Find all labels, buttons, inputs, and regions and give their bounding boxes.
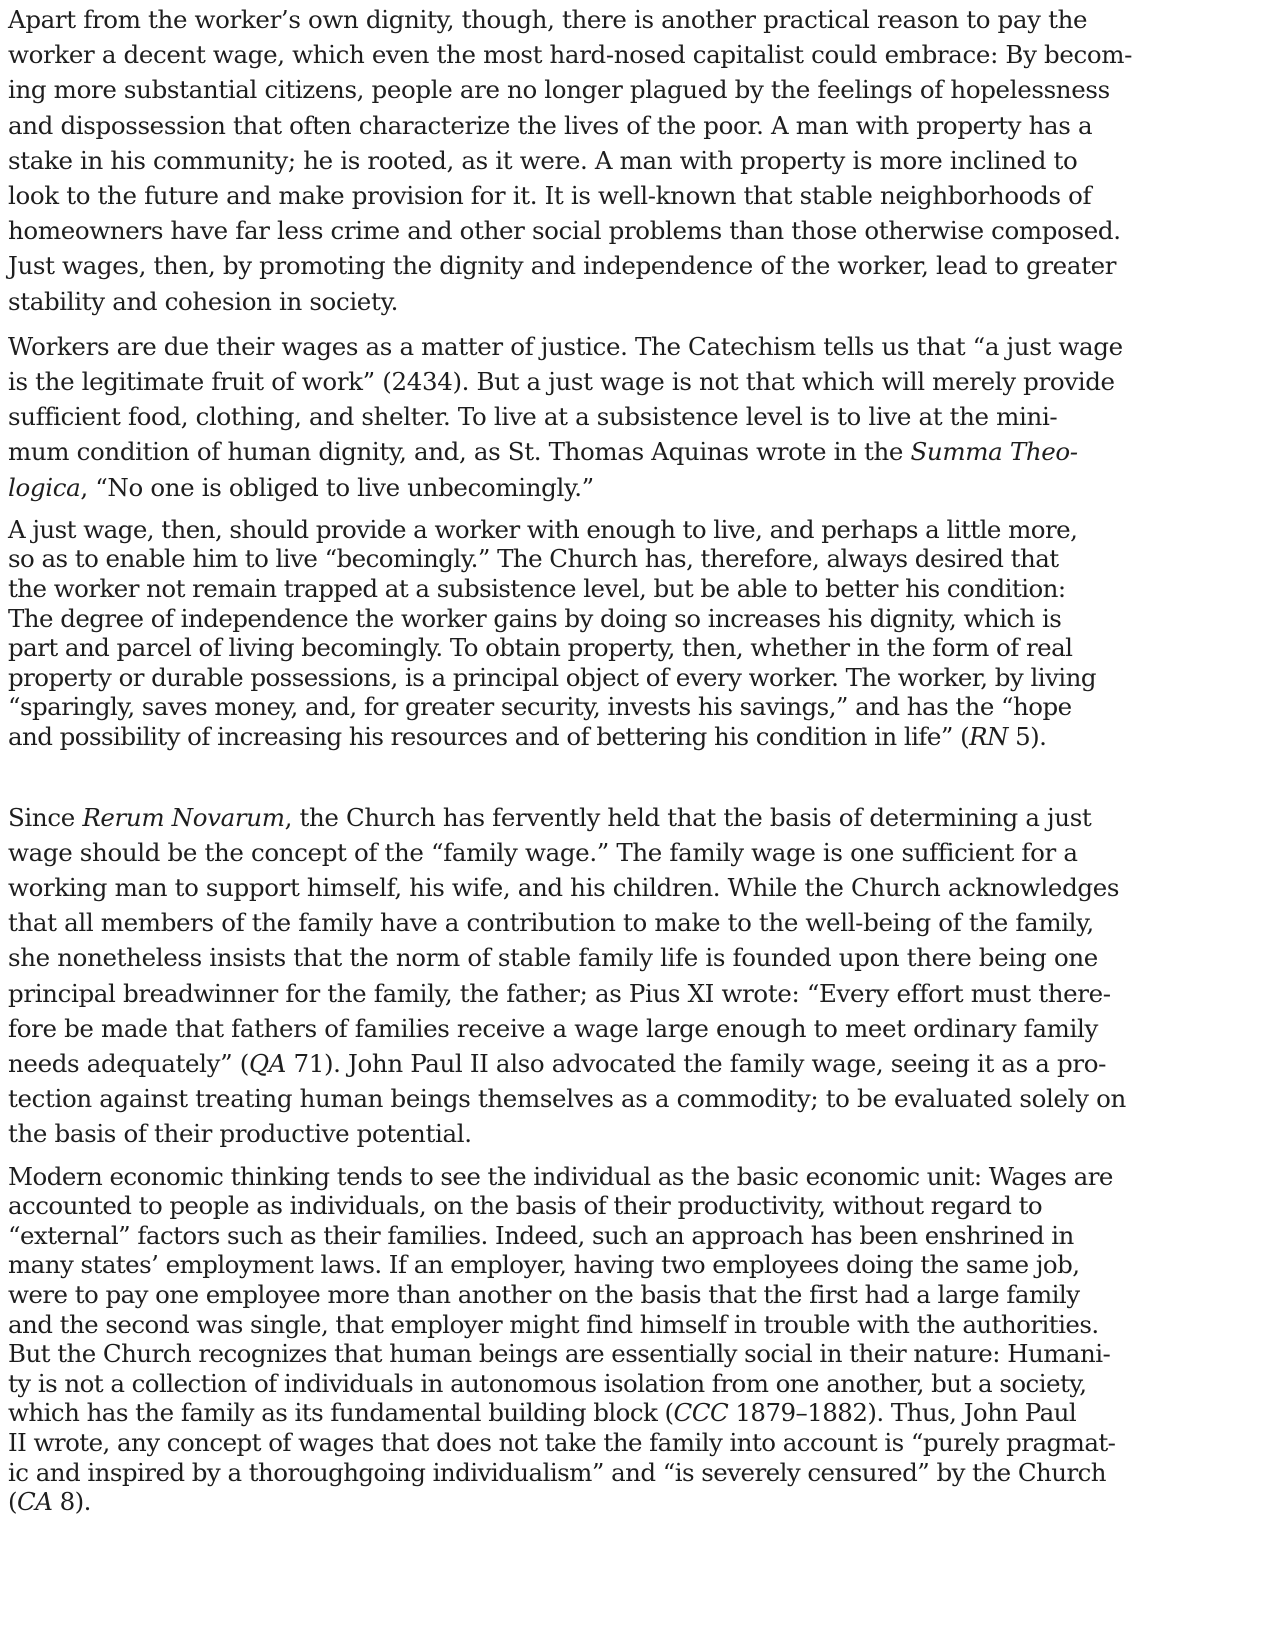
text-line: Apart from the worker’s own dignity, tho…	[8, 2, 1248, 37]
text-run: is the legitimate fruit of work” (2434).…	[8, 367, 1115, 396]
text-line: A just wage, then, should provide a work…	[8, 515, 1248, 545]
text-line: stake in his community; he is rooted, as…	[8, 143, 1248, 178]
text-run: Modern economic thinking tends to see th…	[8, 1162, 1113, 1191]
text-line: logica, “No one is obliged to live unbec…	[8, 470, 1248, 505]
text-line: so as to enable him to live “becomingly.…	[8, 544, 1248, 574]
text-line: the worker not remain trapped at a subsi…	[8, 574, 1248, 604]
text-run: 5).	[1008, 722, 1047, 751]
text-run: Since	[8, 803, 82, 832]
text-run: so as to enable him to live “becomingly.…	[8, 544, 1059, 573]
text-line: Since Rerum Novarum, the Church has ferv…	[8, 800, 1248, 835]
text-line: tection against treating human beings th…	[8, 1081, 1248, 1116]
text-run: principal breadwinner for the family, th…	[8, 979, 1111, 1008]
italic-citation: CA	[17, 1487, 52, 1516]
text-line: Workers are due their wages as a matter …	[8, 329, 1248, 364]
text-run: 1879–1882). Thus, John Paul	[728, 1398, 1076, 1427]
text-run: (	[8, 1487, 17, 1516]
text-line: and the second was single, that employer…	[8, 1310, 1248, 1340]
text-line: “sparingly, saves money, and, for greate…	[8, 692, 1248, 722]
paragraph-living-becomingly: A just wage, then, should provide a work…	[8, 515, 1248, 752]
text-run: A just wage, then, should provide a work…	[8, 515, 1077, 544]
text-run: “external” factors such as their familie…	[8, 1221, 1074, 1250]
text-run: she nonetheless insists that the norm of…	[8, 943, 1098, 972]
text-line: and possibility of increasing his resour…	[8, 722, 1248, 752]
text-run: But the Church recognizes that human bei…	[8, 1339, 1110, 1368]
text-run: and the second was single, that employer…	[8, 1310, 1099, 1339]
text-line: working man to support himself, his wife…	[8, 870, 1248, 905]
text-run: look to the future and make provision fo…	[8, 181, 1091, 210]
text-line: sufficient food, clothing, and shelter. …	[8, 399, 1248, 434]
text-line: “external” factors such as their familie…	[8, 1221, 1248, 1251]
text-run: The degree of independence the worker ga…	[8, 604, 1061, 633]
text-run: “sparingly, saves money, and, for greate…	[8, 692, 1072, 721]
text-line: fore be made that fathers of families re…	[8, 1011, 1248, 1046]
text-run: fore be made that fathers of families re…	[8, 1014, 1098, 1043]
text-line: the basis of their productive potential.	[8, 1116, 1248, 1151]
text-run: , “No one is obliged to live unbecomingl…	[80, 473, 593, 502]
text-run: Apart from the worker’s own dignity, tho…	[8, 5, 1087, 34]
text-line: II wrote, any concept of wages that does…	[8, 1428, 1248, 1458]
paragraph-property-and-dignity: Apart from the worker’s own dignity, tho…	[8, 2, 1248, 319]
text-run: Just wages, then, by promoting the digni…	[8, 251, 1116, 280]
text-line: But the Church recognizes that human bei…	[8, 1339, 1248, 1369]
text-run: wage should be the concept of the “famil…	[8, 838, 1078, 867]
text-run: worker a decent wage, which even the mos…	[8, 40, 1132, 69]
text-line: mum condition of human dignity, and, as …	[8, 434, 1248, 469]
text-run: 8).	[52, 1487, 91, 1516]
text-run: needs adequately” (	[8, 1049, 249, 1078]
text-line: principal breadwinner for the family, th…	[8, 976, 1248, 1011]
text-line: needs adequately” (QA 71). John Paul II …	[8, 1046, 1248, 1081]
text-run: stability and cohesion in society.	[8, 287, 398, 316]
text-run: and dispossession that often characteriz…	[8, 111, 1092, 140]
text-run: the worker not remain trapped at a subsi…	[8, 574, 1066, 603]
text-run: tection against treating human beings th…	[8, 1084, 1126, 1113]
text-run: property or durable possessions, is a pr…	[8, 663, 1096, 692]
text-run: many states’ employment laws. If an empl…	[8, 1250, 1079, 1279]
text-line: and dispossession that often characteriz…	[8, 108, 1248, 143]
text-line: she nonetheless insists that the norm of…	[8, 940, 1248, 975]
text-run: which has the family as its fundamental …	[8, 1398, 674, 1427]
text-run: ty is not a collection of individuals in…	[8, 1369, 1087, 1398]
text-line: is the legitimate fruit of work” (2434).…	[8, 364, 1248, 399]
text-line: ic and inspired by a thoroughgoing indiv…	[8, 1458, 1248, 1488]
text-run: the basis of their productive potential.	[8, 1119, 472, 1148]
italic-citation: RN	[969, 722, 1008, 751]
text-line: (CA 8).	[8, 1487, 1248, 1517]
text-line: ing more substantial citizens, people ar…	[8, 72, 1248, 107]
text-line: ty is not a collection of individuals in…	[8, 1369, 1248, 1399]
text-run: mum condition of human dignity, and, as …	[8, 437, 911, 466]
italic-citation: CCC	[674, 1398, 729, 1427]
text-run: working man to support himself, his wife…	[8, 873, 1119, 902]
text-run: sufficient food, clothing, and shelter. …	[8, 402, 1057, 431]
italic-citation: Summa Theo-	[911, 437, 1078, 466]
text-run: and possibility of increasing his resour…	[8, 722, 969, 751]
text-line: many states’ employment laws. If an empl…	[8, 1250, 1248, 1280]
text-line: accounted to people as individuals, on t…	[8, 1191, 1248, 1221]
paragraph-just-wage-justice: Workers are due their wages as a matter …	[8, 329, 1248, 505]
document-page: Apart from the worker’s own dignity, tho…	[8, 2, 1248, 1517]
text-run: Workers are due their wages as a matter …	[8, 332, 1123, 361]
text-run: part and parcel of living becomingly. To…	[8, 633, 1072, 662]
text-line: Just wages, then, by promoting the digni…	[8, 248, 1248, 283]
text-run: homeowners have far less crime and other…	[8, 216, 1121, 245]
text-line: worker a decent wage, which even the mos…	[8, 37, 1248, 72]
text-run: ing more substantial citizens, people ar…	[8, 75, 1110, 104]
text-run: II wrote, any concept of wages that does…	[8, 1428, 1115, 1457]
text-run: accounted to people as individuals, on t…	[8, 1191, 1042, 1220]
text-run: were to pay one employee more than anoth…	[8, 1280, 1079, 1309]
paragraph-family-wage: Since Rerum Novarum, the Church has ferv…	[8, 800, 1248, 1152]
text-run: 71). John Paul II also advocated the fam…	[286, 1049, 1106, 1078]
text-run: , the Church has fervently held that the…	[285, 803, 1092, 832]
paragraph-individualism-critique: Modern economic thinking tends to see th…	[8, 1162, 1248, 1517]
text-line: which has the family as its fundamental …	[8, 1398, 1248, 1428]
text-line: property or durable possessions, is a pr…	[8, 663, 1248, 693]
text-line: Modern economic thinking tends to see th…	[8, 1162, 1248, 1192]
italic-citation: QA	[249, 1049, 286, 1078]
text-line: were to pay one employee more than anoth…	[8, 1280, 1248, 1310]
text-line: The degree of independence the worker ga…	[8, 604, 1248, 634]
italic-citation: Rerum Novarum	[82, 803, 284, 832]
text-run: that all members of the family have a co…	[8, 908, 1094, 937]
text-line: look to the future and make provision fo…	[8, 178, 1248, 213]
italic-citation: logica	[8, 473, 80, 502]
text-run: ic and inspired by a thoroughgoing indiv…	[8, 1458, 1106, 1487]
text-run: stake in his community; he is rooted, as…	[8, 146, 1077, 175]
text-line: part and parcel of living becomingly. To…	[8, 633, 1248, 663]
text-line: homeowners have far less crime and other…	[8, 213, 1248, 248]
text-line: that all members of the family have a co…	[8, 905, 1248, 940]
text-line: wage should be the concept of the “famil…	[8, 835, 1248, 870]
text-line: stability and cohesion in society.	[8, 284, 1248, 319]
